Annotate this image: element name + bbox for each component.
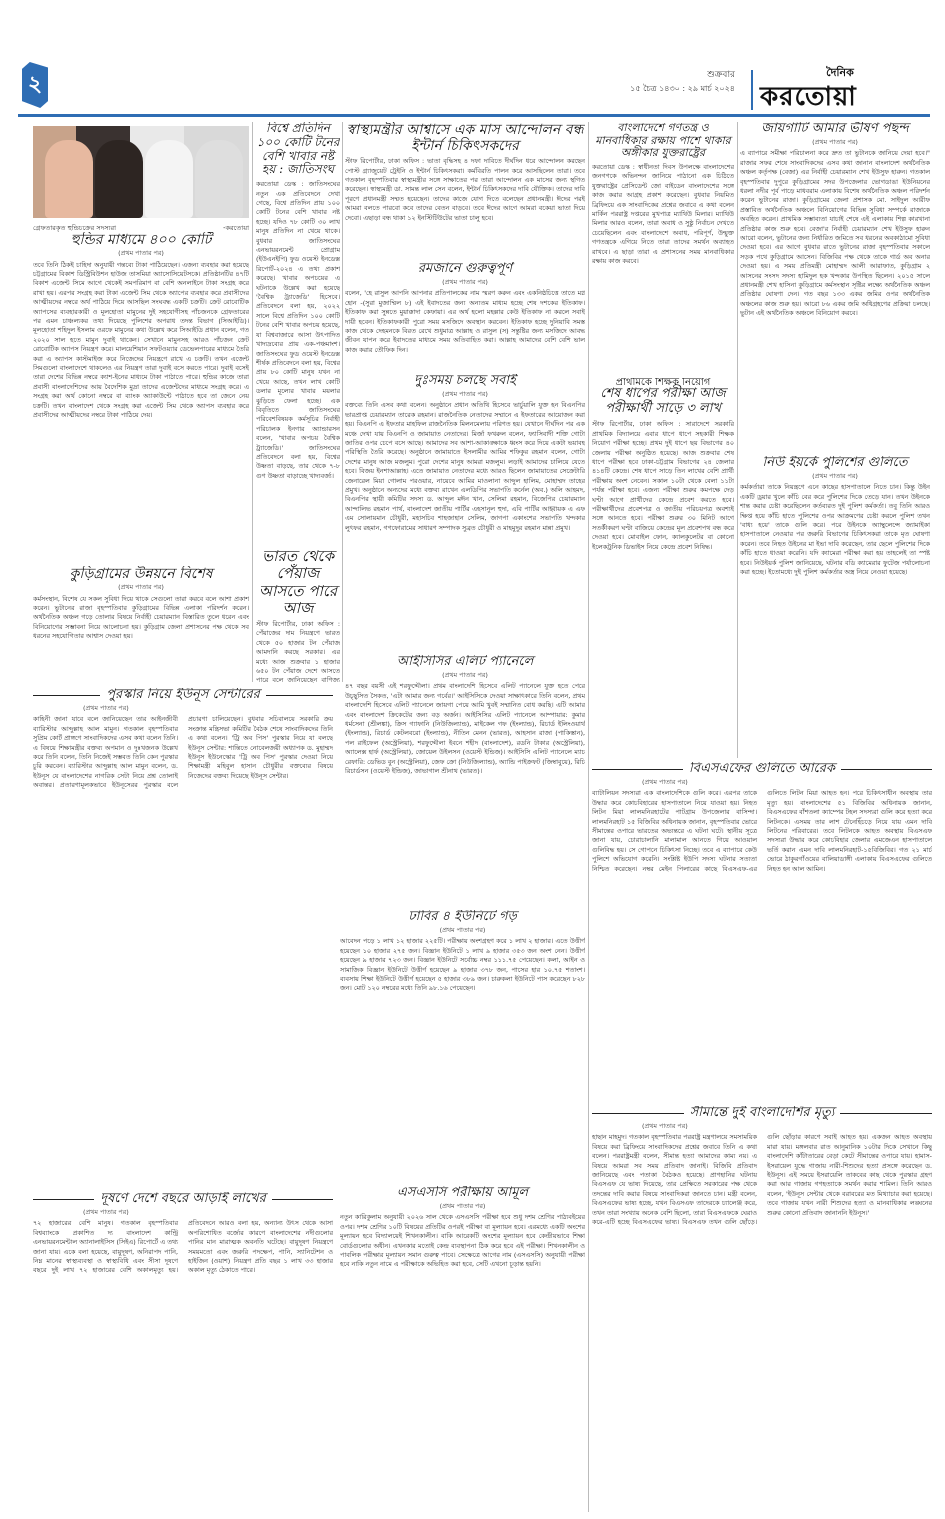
news-photo — [33, 126, 249, 218]
article-body: কাহিনী জানা যাবে বলে জানিয়েছেন তার আইনজ… — [33, 715, 333, 790]
headline: দুঃসময় চলছে সবাই — [345, 374, 585, 389]
continued-label: (প্রথম পাতার পর) — [345, 671, 585, 680]
article-body: আবেদন পড়ে ১ লাখ ১২ হাজার ২২৫টি। পরীক্ষা… — [340, 937, 585, 993]
article-bhutan: জায়গাটি আমার ভীষণ পছন্দ (প্রথম পাতার পর… — [740, 122, 930, 452]
headline: হুন্ডির মাধ্যমে ৪০০ কোটি — [33, 232, 249, 248]
logo-small-text: দৈনিক — [760, 64, 920, 83]
continued-label: (প্রথম পাতার পর) — [33, 1208, 333, 1217]
article-body: তবে তিনি ঠিকই চাহিদা অনুযায়ী গন্তব্যে ট… — [33, 261, 249, 421]
article-onion: ভারত থেকে পেঁয়াজ আসতে পারে আজ স্টাফ রিপ… — [256, 548, 340, 684]
person-figure — [45, 140, 93, 218]
article-hard-times: দুঃসময় চলছে সবাই (প্রথম পাতার পর) বক্তব… — [345, 374, 585, 650]
weekday: শুক্রবার — [630, 68, 735, 82]
headline: সীমান্তে দুই বাংলাদেশির মৃত্যু — [592, 1106, 932, 1121]
article-interns: স্বাস্থ্যমন্ত্রীর আশ্বাসে এক মাস আন্দোলন… — [345, 122, 585, 257]
article-body: করতোয়া ডেস্ক : স্বাধীনতা দিবস উপলক্ষে ব… — [592, 163, 734, 266]
article-body: কর্মসংস্থান, বিশেষ যে সকল সুবিধা দিয়ে থ… — [33, 595, 249, 642]
continued-label: (প্রথম পাতার পর) — [592, 778, 932, 787]
article-body: নতুন কারিকুলাম অনুযায়ী ২০২৬ সাল থেকে এস… — [340, 1213, 585, 1269]
headline: বিএসএফের গুলিতে আরেক — [592, 762, 932, 777]
column-divider — [252, 122, 253, 682]
continued-label: (প্রথম পাতার পর) — [33, 249, 249, 258]
continued-label: (প্রথম পাতার পর) — [345, 390, 585, 399]
column-divider — [342, 122, 343, 682]
article-body: করতোয়া ডেস্ক : জাতিসংঘের নতুন এক প্রতিব… — [256, 180, 340, 481]
article-yunus: পুরস্কার নিয়ে ইউনূস সেন্টারের (প্রথম পা… — [33, 688, 333, 1188]
header-rule — [18, 114, 930, 117]
page-number-badge: ২ — [22, 62, 48, 108]
column-divider — [588, 122, 589, 1512]
headline: বাংলাদেশে গণতন্ত্র ও মানবাধিকার রক্ষায় … — [592, 122, 734, 160]
article-body: বক্তব্যে তিনি এসব কথা বলেন। অনুষ্ঠানে প্… — [345, 401, 585, 533]
article-du: ঢাবির ৪ ইউনিটে গড় (প্রথম পাতার পর) আবেদ… — [340, 910, 585, 1180]
headline: কুড়িগ্রামের উন্নয়নে বিশেষ — [33, 566, 249, 582]
headline: দূষণে দেশে বছরে আড়াই লাখের — [33, 1192, 333, 1207]
continued-label: (প্রথম পাতার পর) — [33, 704, 333, 713]
article-body: ব্যাটালিয়ন সদস্যরা এক বাংলাদেশিকে গুলি … — [592, 789, 932, 874]
article-body: কর্মকর্তারা তাকে নিয়ন্ত্রণে এনে কাছের হ… — [740, 483, 930, 577]
article-teacher-exam: প্রাথমিকে শিক্ষক নিয়োগ শেষ ধাপের পরীক্ষ… — [592, 378, 734, 756]
continued-label: (প্রথম পাতার পর) — [592, 1122, 932, 1131]
article-ramadan: রমজানে গুরুত্বপূর্ণ (প্রথম পাতার পর) বলে… — [345, 262, 585, 370]
headline: ঢাবির ৪ ইউনিটে গড় — [340, 910, 585, 925]
article-body: এ ব্যাপারে সমীক্ষা পরিচালনা করে দ্রুত তা… — [740, 149, 930, 318]
newspaper-logo: দৈনিক করতোয়া — [760, 64, 920, 111]
headline-text: বিএসএফের গুলিতে আরেক — [689, 762, 835, 777]
continued-label: (প্রথম পাতার পর) — [345, 278, 585, 287]
person-figure — [145, 140, 193, 218]
person-figure — [95, 140, 143, 218]
headline: নিউ ইয়র্কে পুলিশের গুলিতে — [740, 456, 930, 471]
brand-divider — [751, 70, 753, 110]
column-divider — [737, 122, 738, 758]
headline: এসএসসি পরীক্ষায় আমূল — [340, 1186, 585, 1201]
headline: শেষ ধাপের পরীক্ষা আজ পরীক্ষার্থী সাড়ে ৩… — [592, 387, 734, 417]
headline: জায়গাটি আমার ভীষণ পছন্দ — [740, 122, 930, 137]
article-ssc: এসএসসি পরীক্ষায় আমূল (প্রথম পাতার পর) ন… — [340, 1186, 585, 1512]
article-body: ৪৭ বছর বয়সী এই শরফুদ্দৌলা। প্রথম বাংলাদ… — [345, 682, 585, 776]
headline: রমজানে গুরুত্বপূর্ণ — [345, 262, 585, 277]
article-kurigram: কুড়িগ্রামের উন্নয়নে বিশেষ (প্রথম পাতার… — [33, 566, 249, 684]
issue-date: ১৫ চৈত্র ১৪৩০ : ২৯ মার্চ ২০২৪ — [630, 82, 735, 96]
article-body: স্টাফ রিপোর্টার, ঢাকা অফিস : ভাতা বৃদ্ধি… — [345, 157, 585, 223]
headline-text: দূষণে দেশে বছরে আড়াই লাখের — [100, 1192, 265, 1207]
date-block: শুক্রবার ১৫ চৈত্র ১৪৩০ : ২৯ মার্চ ২০২৪ — [630, 68, 735, 96]
headline: বিশ্বে প্রতিদিন ১০০ কোটি টনের বেশি খাবার… — [256, 122, 340, 177]
continued-label: (প্রথম পাতার পর) — [740, 472, 930, 481]
article-hundi: হুন্ডির মাধ্যমে ৪০০ কোটি (প্রথম পাতার পর… — [33, 232, 249, 562]
article-pollution: দূষণে দেশে বছরে আড়াই লাখের (প্রথম পাতার… — [33, 1192, 333, 1512]
headline-text: সীমান্তে দুই বাংলাদেশির মৃত্যু — [690, 1106, 835, 1121]
continued-label: (প্রথম পাতার পর) — [740, 138, 930, 147]
headline: আইসিসির এলিট প্যানেলে — [345, 655, 585, 670]
article-body: হাছান মাহমুদ। গতকাল বৃহস্পতিবার পররাষ্ট্… — [592, 1133, 932, 1227]
continued-label: (প্রথম পাতার পর) — [33, 583, 249, 592]
article-body: বলেন, 'হে রাসুল আপনি আপনার প্রতিপালকের ন… — [345, 289, 585, 355]
article-body: স্টাফ রিপোর্টার, ঢাকা অফিস : পেঁয়াজের দ… — [256, 620, 340, 684]
headline: ভারত থেকে পেঁয়াজ আসতে পারে আজ — [256, 548, 340, 617]
article-body: স্টাফ রিপোর্টার, ঢাকা অফিস : সারাদেশে সর… — [592, 420, 734, 552]
article-bsf-shot: বিএসএফের গুলিতে আরেক (প্রথম পাতার পর) ব্… — [592, 762, 932, 1100]
headline-text: পুরস্কার নিয়ে ইউনূস সেন্টারের — [106, 688, 260, 703]
article-border-death: সীমান্তে দুই বাংলাদেশির মৃত্যু (প্রথম পা… — [592, 1106, 932, 1512]
article-us-democracy: বাংলাদেশে গণতন্ত্র ও মানবাধিকার রক্ষায় … — [592, 122, 734, 372]
article-body: ৭২ হাজারের বেশি মানুষ। গতকাল বৃহস্পতিবার… — [33, 1219, 333, 1275]
article-icc: আইসিসির এলিট প্যানেলে (প্রথম পাতার পর) ৪… — [345, 655, 585, 855]
article-ny-police: নিউ ইয়র্কে পুলিশের গুলিতে (প্রথম পাতার … — [740, 456, 930, 756]
article-food-waste: বিশ্বে প্রতিদিন ১০০ কোটি টনের বেশি খাবার… — [256, 122, 340, 542]
person-figure — [195, 140, 243, 218]
headline: পুরস্কার নিয়ে ইউনূস সেন্টারের — [33, 688, 333, 703]
headline: স্বাস্থ্যমন্ত্রীর আশ্বাসে এক মাস আন্দোলন… — [345, 122, 585, 154]
continued-label: (প্রথম পাতার পর) — [340, 926, 585, 935]
logo-main-text: করতোয়া — [760, 83, 920, 111]
masthead: ২ শুক্রবার ১৫ চৈত্র ১৪৩০ : ২৯ মার্চ ২০২৪… — [0, 0, 945, 118]
continued-label: (প্রথম পাতার পর) — [340, 1202, 585, 1211]
